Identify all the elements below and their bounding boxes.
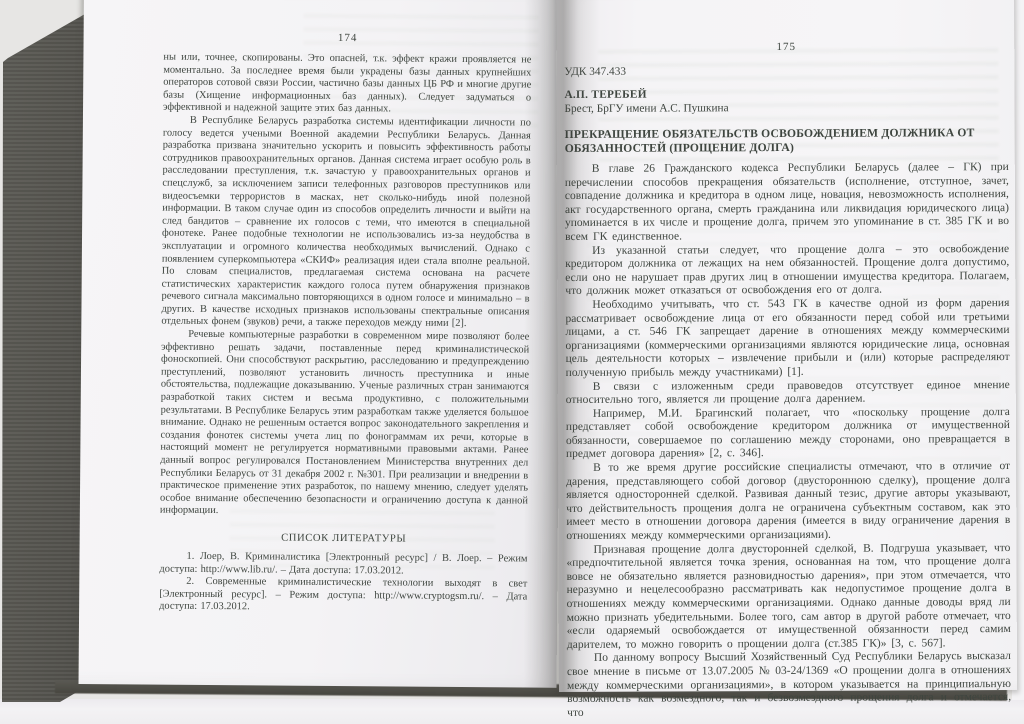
reference-list: 1. Лоер, В. Криминалистика [Электронный … xyxy=(159,551,527,617)
udc-code: УДК 347.433 xyxy=(564,64,1008,79)
reference-item: 2. Современные криминалистические технол… xyxy=(159,576,527,617)
right-page-content: 175 УДК 347.433 А.П. ТЕРЕБЕЙ Брест, БрГУ… xyxy=(564,40,1011,720)
body-paragraph: В главе 26 Гражданского кодекса Республи… xyxy=(565,161,1009,244)
article-title: ПРЕКРАЩЕНИЕ ОБЯЗАТЕЛЬСТВ ОСВОБОЖДЕНИЕМ Д… xyxy=(565,126,983,156)
body-paragraph: Признавая прощение долга двусторонней сд… xyxy=(566,542,1010,653)
right-page-number: 175 xyxy=(564,40,1008,55)
left-page-number: 174 xyxy=(164,31,532,47)
body-paragraph: По данному вопросу Высший Хозяйственный … xyxy=(567,650,1011,720)
author-name: А.П. ТЕРЕБЕЙ xyxy=(564,87,1008,102)
bibliography-heading: СПИСОК ЛИТЕРАТУРЫ xyxy=(160,531,528,547)
body-paragraph: Необходимо учитывать, что ст. 543 ГК в к… xyxy=(565,297,1009,380)
body-paragraph: В Республике Беларусь разработка системы… xyxy=(161,115,531,332)
right-page: 175 УДК 347.433 А.П. ТЕРЕБЕЙ Брест, БрГУ… xyxy=(556,0,1017,692)
body-paragraph: В связи с изложенным среди правоведов от… xyxy=(566,379,1010,408)
body-paragraph: Речевые компьютерные разработки в соврем… xyxy=(160,329,529,521)
left-page: 174 ны или, точнее, скопированы. Это опа… xyxy=(79,0,562,688)
body-paragraph: ны или, точнее, скопированы. Это опасней… xyxy=(163,52,531,118)
body-paragraph: В то же время другие российские специали… xyxy=(566,460,1010,543)
body-paragraph: Например, М.И. Брагинский полагает, что … xyxy=(566,406,1010,462)
right-page-body: В главе 26 Гражданского кодекса Республи… xyxy=(565,161,1011,720)
body-paragraph: Из указанной статьи следует, что прощени… xyxy=(565,243,1009,299)
book-scan: 174 ны или, точнее, скопированы. Это опа… xyxy=(0,0,1024,724)
left-page-body: ны или, точнее, скопированы. Это опасней… xyxy=(160,52,532,521)
reference-item: 1. Лоер, В. Криминалистика [Электронный … xyxy=(159,551,527,579)
author-affiliation: Брест, БрГУ имени А.С. Пушкина xyxy=(564,101,1008,116)
left-page-content: 174 ны или, точнее, скопированы. Это опа… xyxy=(159,31,532,617)
